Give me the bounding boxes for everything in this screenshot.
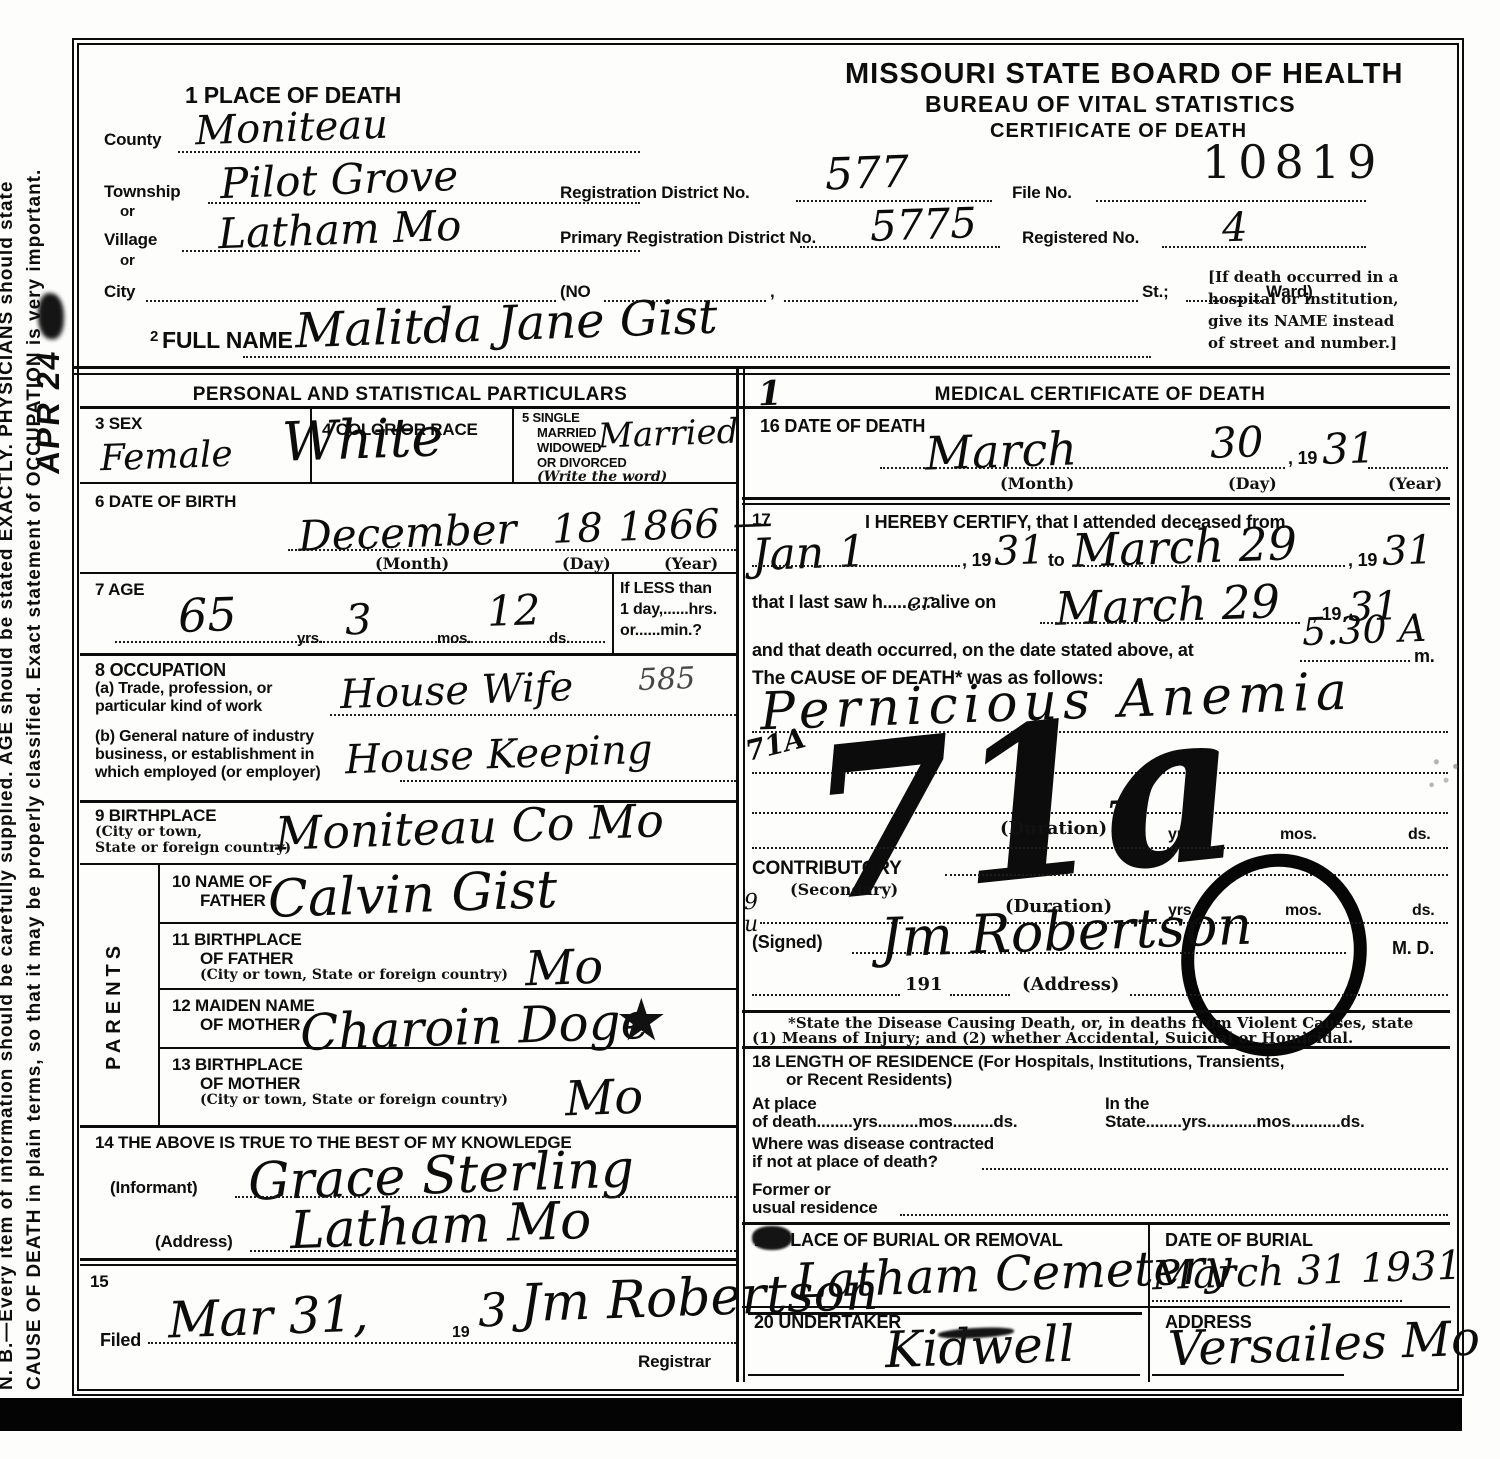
undertaker-address-value: Versailes Mo — [1167, 1311, 1481, 1378]
row-line-922 — [158, 922, 738, 924]
registrar-label: Registrar — [638, 1352, 711, 1372]
less-than-line1: If LESS than — [620, 580, 712, 598]
father-birthplace-label1: 11 BIRTHPLACE — [172, 930, 302, 950]
full-name-label: FULL NAME — [162, 327, 293, 354]
hospital-note-line4: of street and number.] — [1208, 334, 1397, 352]
footnote-bottom-line — [742, 1046, 1450, 1049]
at-place-line2: of death........yrs.........mos.........… — [752, 1112, 1017, 1132]
age-rule — [115, 641, 605, 643]
occupation-b-rule — [400, 780, 736, 782]
left-column-title: PERSONAL AND STATISTICAL PARTICULARS — [150, 384, 670, 406]
informant-address-rule — [250, 1250, 736, 1252]
parents-cell-line — [158, 863, 160, 1125]
dod-year-caption: (Year) — [1388, 474, 1442, 493]
city-rule-3 — [784, 300, 1138, 302]
in-the-line2: State........yrs...........mos..........… — [1105, 1112, 1365, 1132]
marital-label-2: MARRIED — [537, 425, 596, 440]
last-saw-rule — [1040, 622, 1300, 624]
primary-district-label: Primary Registration District No. — [560, 228, 816, 248]
last-saw-text: that I last saw h..........alive on — [752, 592, 996, 613]
hospital-note-line2: hospital or institution, — [1208, 290, 1399, 308]
in-the-line1: In the — [1105, 1094, 1149, 1114]
father-birthplace-label2: OF FATHER — [200, 949, 293, 969]
address-rule-2 — [950, 994, 1010, 996]
row-line-1047 — [158, 1047, 738, 1049]
county-value: Moniteau — [194, 102, 388, 155]
contributory-label: CONTRIBUTORY — [752, 858, 902, 880]
filed-rule — [148, 1342, 736, 1344]
bureau-title: BUREAU OF VITAL STATISTICS — [925, 91, 1296, 118]
dob-day-caption: (Day) — [562, 554, 611, 573]
attended-to-value: March 29 — [1071, 516, 1298, 578]
undertaker-label: 20 UNDERTAKER — [754, 1312, 901, 1333]
less-than-line2: 1 day,......hrs. — [620, 601, 717, 619]
former-residence-line2: usual residence — [752, 1198, 878, 1218]
occupation-label: 8 OCCUPATION — [95, 660, 226, 681]
signed-label: (Signed) — [752, 932, 822, 953]
date-of-death-rule2 — [1368, 467, 1448, 469]
mother-birthplace-value: Mo — [564, 1069, 644, 1128]
occupation-a-line1: (a) Trade, profession, or — [95, 680, 272, 698]
address-rule-1 — [752, 994, 900, 996]
year-191-label: 191 — [905, 974, 943, 995]
age-ds-caption: ds. — [549, 630, 570, 647]
registered-no-value: 4 — [1221, 205, 1248, 252]
duration-mos-caption: mos. — [1280, 826, 1317, 844]
duration-years-value: 7 — [1104, 792, 1132, 842]
file-no-label: File No. — [1012, 183, 1072, 203]
father-name-value: Calvin Gist — [267, 860, 558, 930]
certificate-number: 10819 — [1202, 135, 1383, 189]
mother-maiden-label1: 12 MAIDEN NAME — [172, 996, 315, 1016]
father-name-label2: FATHER — [200, 891, 266, 911]
age-subcell-line — [612, 572, 614, 653]
father-name-label1: 10 NAME OF — [172, 872, 272, 892]
or-label-2: or — [120, 252, 135, 269]
marital-label-4: OR DIVORCED — [537, 455, 627, 470]
md-label: M. D. — [1392, 938, 1434, 959]
cell-line-race-marital — [512, 406, 514, 482]
city-comma: , — [770, 282, 775, 302]
dob-label: 6 DATE OF BIRTH — [95, 492, 236, 512]
marital-label-3: WIDOWED — [537, 440, 601, 455]
or-label-1: or — [120, 203, 135, 220]
physician-signature: Jm Robertson — [879, 894, 1253, 970]
undertaker-underline-1 — [748, 1374, 1140, 1376]
village-label: Village — [104, 230, 157, 250]
secondary-label: (Secondary) — [790, 880, 898, 899]
disease-contracted-line1: Where was disease contracted — [752, 1134, 994, 1154]
father-birthplace-sub: (City or town, State or foreign country) — [200, 967, 508, 983]
attended-rule2 — [1075, 565, 1345, 567]
registration-district-value: 577 — [824, 147, 910, 201]
former-residence-line1: Former or — [752, 1180, 831, 1200]
township-label: Township — [104, 182, 180, 202]
birthplace-sub2: State or foreign country) — [95, 840, 291, 856]
filed-section-number: 15 — [90, 1272, 109, 1292]
file-no-rule — [1096, 200, 1366, 202]
attended-19b: , 19 — [1348, 550, 1377, 571]
attended-from-year: 31 — [993, 527, 1045, 575]
duration-yrs-caption: yrs. — [1168, 826, 1196, 844]
date-of-death-label: 16 DATE OF DEATH — [760, 416, 925, 437]
age-label: 7 AGE — [95, 580, 144, 600]
less-than-line3: or......min.? — [620, 622, 702, 640]
mother-maiden-label2: OF MOTHER — [200, 1015, 300, 1035]
death-time-m: m. — [1414, 646, 1435, 667]
age-days-value: 12 — [486, 585, 541, 636]
primary-district-value: 5775 — [869, 198, 978, 251]
row-line-1258b — [80, 1264, 738, 1266]
dob-year-value: 1866 — — [617, 499, 773, 550]
last-saw-pronoun: er — [907, 588, 934, 617]
village-value: Latham Mo — [217, 201, 462, 258]
duration2-ds-caption: ds. — [1412, 902, 1435, 920]
former-residence-rule — [900, 1214, 1448, 1216]
sex-value: Female — [99, 434, 233, 480]
undertaker-underline-2 — [1152, 1374, 1344, 1376]
residence-label-line2: or Recent Residents) — [786, 1070, 952, 1090]
duration-rule — [752, 847, 1448, 849]
address-rule-3 — [1130, 994, 1448, 996]
date-of-death-day: 30 — [1209, 417, 1264, 468]
occupation-b-line2: business, or establishment in — [95, 746, 314, 764]
informant-label: (Informant) — [110, 1178, 198, 1198]
row-line-572 — [80, 572, 738, 574]
duration-ds-caption: ds. — [1408, 826, 1431, 844]
mother-maiden-value: Charoin Doge — [299, 992, 651, 1062]
mother-birthplace-sub: (City or town, State or foreign country) — [200, 1092, 508, 1108]
mother-birthplace-label2: OF MOTHER — [200, 1074, 300, 1094]
dob-month-value: December — [297, 504, 517, 561]
occupation-code-value: 585 — [637, 661, 695, 698]
filed-date-value: Mar 31, — [167, 1285, 369, 1350]
right-line-503 — [742, 503, 1450, 505]
disease-contracted-line2: if not at place of death? — [752, 1152, 938, 1172]
birthplace-label: 9 BIRTHPLACE — [95, 806, 216, 826]
city-label: City — [104, 282, 135, 302]
death-occurred-text: and that death occurred, on the date sta… — [752, 640, 1193, 661]
marital-label-1: 5 SINGLE — [522, 410, 580, 425]
header-separator-1 — [72, 366, 1450, 369]
dob-year-caption: (Year) — [664, 554, 718, 573]
date-of-death-month: March — [924, 421, 1078, 480]
occupation-a-value: House Wife — [339, 664, 574, 718]
row-line-1258a — [80, 1258, 738, 1261]
parents-label: PARENTS — [103, 941, 126, 1070]
titles-underline — [80, 406, 1450, 409]
attended-rule1 — [752, 565, 960, 567]
certify-section-number: 17 — [752, 510, 771, 530]
hospital-note-line1: [If death occurred in a — [1208, 268, 1398, 286]
board-title: MISSOURI STATE BOARD OF HEALTH — [845, 58, 1403, 91]
occupation-b-line3: which employed (or employer) — [95, 764, 321, 782]
filed-year-printed: 19 — [452, 1324, 469, 1342]
duration-label: (Duration) — [1000, 818, 1107, 839]
sex-label: 3 SEX — [95, 414, 142, 434]
scan-smudge — [1422, 748, 1470, 794]
death-time-rule — [1300, 660, 1410, 662]
age-months-value: 3 — [344, 595, 372, 645]
registered-no-label: Registered No. — [1022, 228, 1139, 248]
address2-label: (Address) — [1022, 974, 1119, 995]
date-of-death-19: , 19 — [1288, 448, 1317, 469]
contributory-rule — [945, 874, 1448, 876]
footnote-line2: (1) Means of Injury; and (2) whether Acc… — [752, 1029, 1353, 1047]
age-yrs-caption: yrs. — [297, 630, 323, 647]
informant-address-label: (Address) — [155, 1232, 233, 1252]
dob-month-caption: (Month) — [375, 554, 449, 573]
residence-label-line1: 18 LENGTH OF RESIDENCE (For Hospitals, I… — [752, 1052, 1284, 1072]
age-mos-caption: mos. — [437, 630, 471, 647]
full-name-number: 2 — [150, 328, 158, 345]
birthplace-sub1: (City or town, — [95, 824, 202, 840]
dob-day-value: 18 — [551, 505, 603, 553]
row-line-1125 — [80, 1125, 738, 1128]
right-line-497 — [742, 497, 1450, 500]
attended-from-value: Jan 1 — [751, 526, 867, 581]
occupation-b-line1: (b) General nature of industry — [95, 728, 314, 746]
mother-birthplace-label1: 13 BIRTHPLACE — [172, 1055, 303, 1075]
attended-19a: , 19 — [962, 550, 991, 571]
age-years-value: 65 — [177, 587, 237, 643]
row-line-653 — [80, 653, 738, 656]
received-date-stamp: APR 24 — [30, 291, 67, 476]
right-line-1306 — [742, 1306, 1450, 1308]
attended-to-year: 31 — [1381, 527, 1433, 575]
filed-label: Filed — [100, 1330, 141, 1351]
margin-note-line1: N. B.—Every item of information should b… — [0, 181, 18, 1390]
filed-year-overwrite: 3 — [477, 1283, 508, 1338]
right-line-1222 — [742, 1222, 1450, 1225]
last-saw-value: March 29 — [1054, 574, 1281, 636]
right-column-title: MEDICAL CERTIFICATE OF DEATH — [880, 384, 1320, 406]
disease-contracted-rule — [982, 1168, 1448, 1170]
occupation-a-line2: particular kind of work — [95, 698, 262, 716]
stamp-smudge — [38, 292, 64, 341]
attended-to-label: to — [1048, 550, 1065, 571]
dod-day-caption: (Day) — [1228, 474, 1277, 493]
duration2-mos-caption: mos. — [1285, 902, 1322, 920]
at-place-line1: At place — [752, 1094, 817, 1114]
row-line-482 — [80, 482, 738, 484]
death-certificate-scan: N. B.—Every item of information should b… — [0, 0, 1500, 1459]
county-label: County — [104, 130, 161, 150]
registration-district-label: Registration District No. — [560, 183, 750, 203]
hospital-note-line3: give its NAME instead — [1208, 312, 1394, 330]
marital-value: Married — [597, 412, 739, 457]
footnote-top-line — [742, 1010, 1450, 1013]
dod-month-caption: (Month) — [1000, 474, 1074, 493]
ink-blot-burial — [752, 1226, 792, 1250]
city-st-label: St.; — [1142, 282, 1169, 302]
burial-date-rule — [1152, 1300, 1402, 1302]
ink-blot-star: ★ — [618, 990, 665, 1051]
death-time-value: 5.30 A — [1301, 606, 1427, 654]
registered-no-rule — [1162, 246, 1366, 248]
race-value: White — [281, 405, 444, 474]
undertaker-value: Kidwell — [884, 1315, 1076, 1380]
township-value: Pilot Grove — [219, 151, 459, 208]
bottom-scan-bar — [0, 1398, 1462, 1431]
